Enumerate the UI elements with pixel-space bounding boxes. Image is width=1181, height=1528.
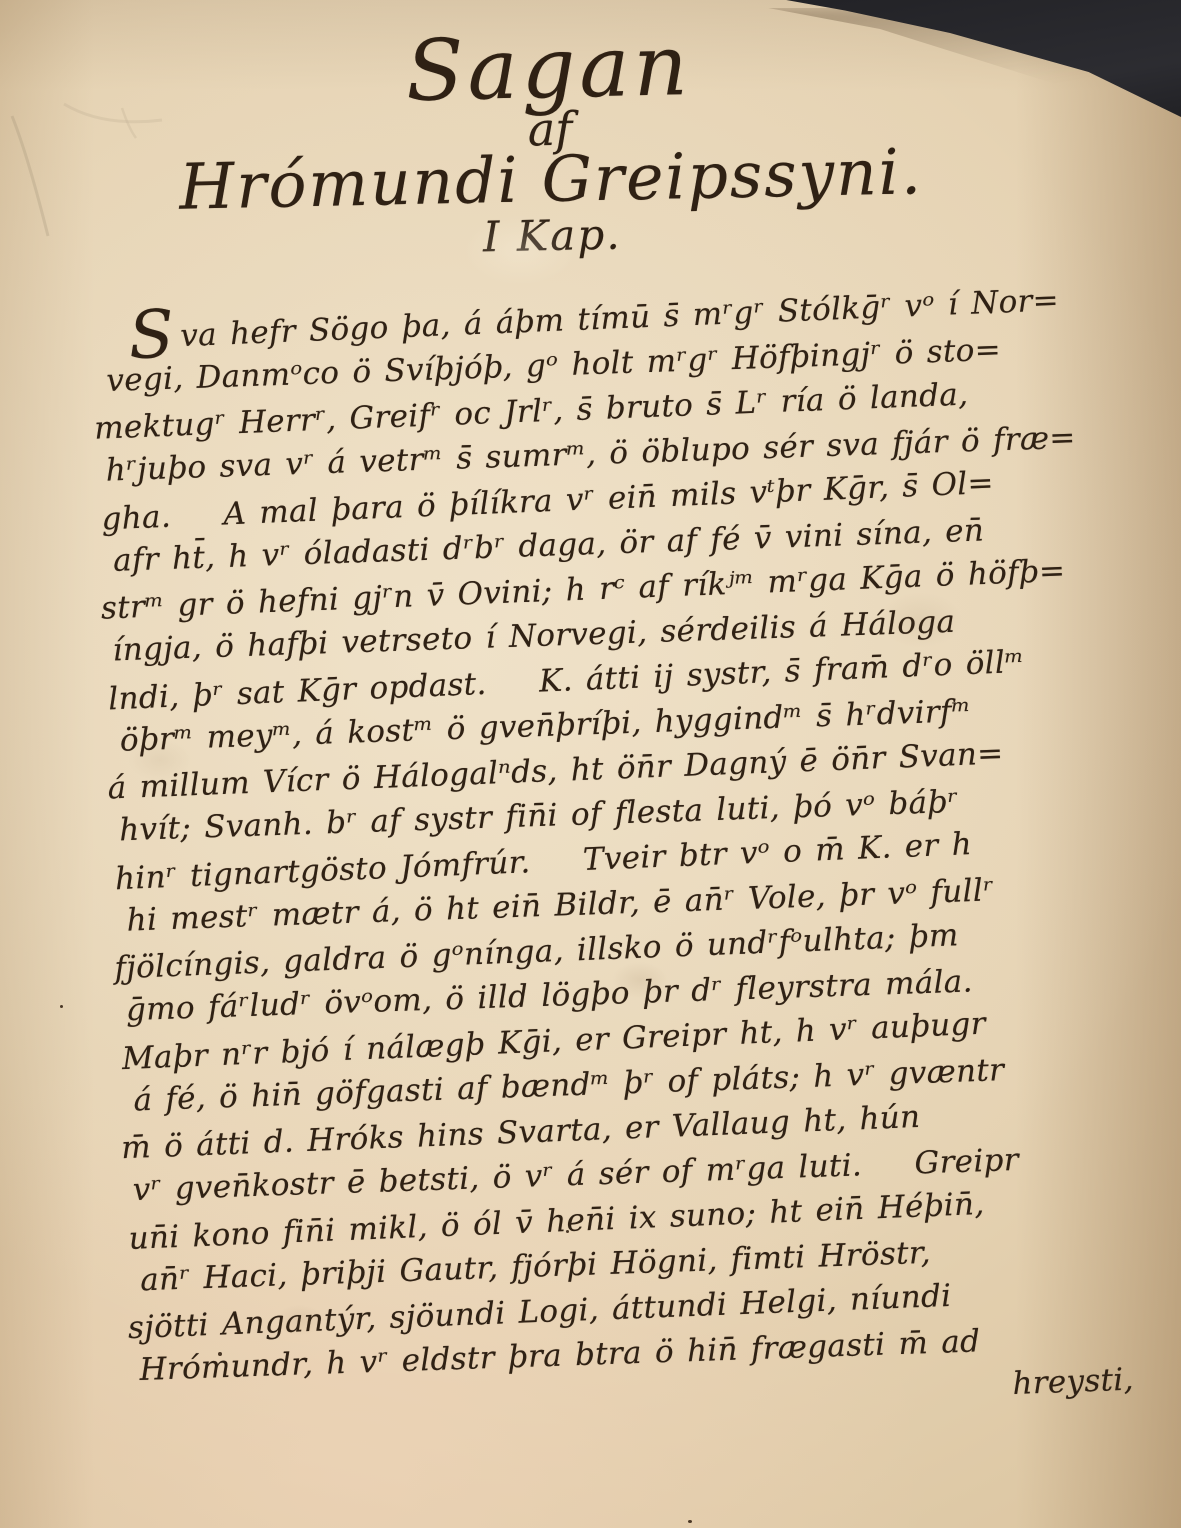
ink-speck [60,1005,63,1008]
title-block: Sagan af Hrómundi Greipssyni. I Kap. [0,0,1103,268]
manuscript-page: Sagan af Hrómundi Greipssyni. I Kap. Sva… [0,0,1181,1528]
ink-speck [688,1520,692,1523]
drop-cap-initial: S [128,314,175,356]
manuscript-body: Sva hefr Sögo þa, á áþm tímū s̄ mʳgʳ Stó… [88,276,1181,1441]
